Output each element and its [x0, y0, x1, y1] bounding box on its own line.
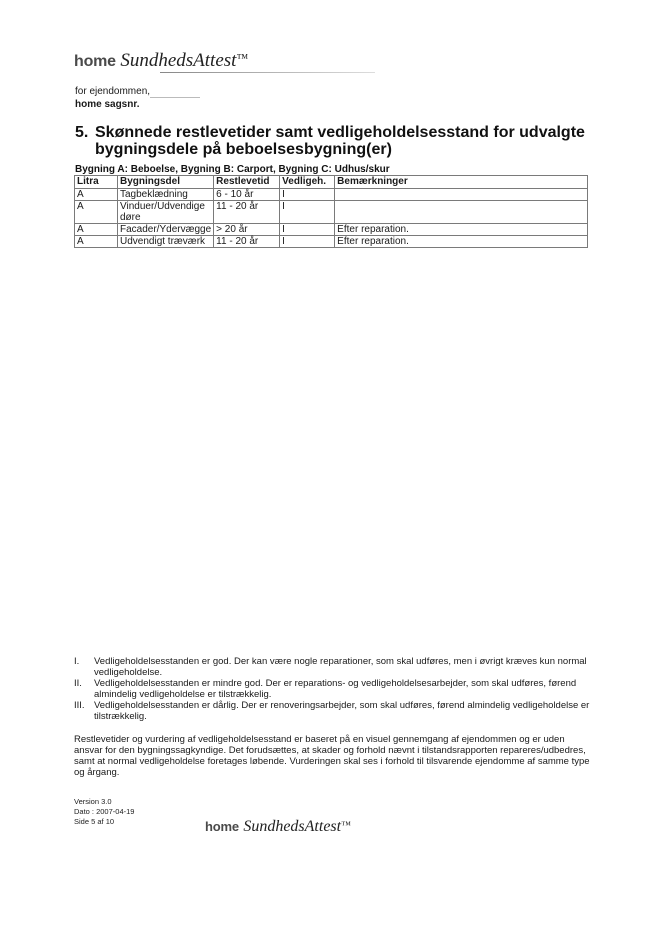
- legend-text: Vedligeholdelsesstanden er mindre god. D…: [94, 678, 594, 700]
- logo-trademark: ™: [341, 820, 351, 831]
- cell-restlevetid: 6 - 10 år: [214, 189, 280, 201]
- cell-litra: A: [75, 236, 118, 248]
- logo-brand-text: SundhedsAttest: [243, 818, 341, 835]
- buildings-subtitle: Bygning A: Beboelse, Bygning B: Carport,…: [75, 164, 390, 175]
- section-title-line2: bygningsdele på beboelsesbygning(er): [75, 141, 595, 158]
- cell-restlevetid: 11 - 20 år: [214, 201, 280, 224]
- table-row: A Udvendigt træværk 11 - 20 år I Efter r…: [75, 236, 588, 248]
- logo-trademark: ™: [236, 51, 248, 65]
- logo-home-text: home: [74, 53, 116, 70]
- cell-bygningsdel: Vinduer/Udvendige døre: [118, 201, 214, 224]
- cell-bygningsdel: Facader/Ydervægge: [118, 224, 214, 236]
- cell-bemaerkninger: [335, 189, 588, 201]
- cell-bygningsdel: Tagbeklædning: [118, 189, 214, 201]
- case-number-label: home sagsnr.: [75, 99, 139, 111]
- legend-text: Vedligeholdelsesstanden er god. Der kan …: [94, 656, 594, 678]
- legend-item-ii: II. Vedligeholdelsesstanden er mindre go…: [74, 678, 594, 700]
- column-header-restlevetid: Restlevetid: [214, 176, 280, 189]
- maintenance-legend: I. Vedligeholdelsesstanden er god. Der k…: [74, 656, 594, 722]
- section-number: 5.: [75, 124, 95, 141]
- cell-vedligeh: I: [280, 201, 335, 224]
- cell-restlevetid: 11 - 20 år: [214, 236, 280, 248]
- legend-item-i: I. Vedligeholdelsesstanden er god. Der k…: [74, 656, 594, 678]
- legend-numeral: III.: [74, 700, 94, 722]
- page-number-text: Side 5 af 10: [74, 817, 134, 827]
- footer-logo: home SundhedsAttest™: [205, 818, 351, 836]
- section-title-line1: Skønnede restlevetider samt vedligeholde…: [95, 124, 585, 141]
- table-row: A Vinduer/Udvendige døre 11 - 20 år I: [75, 201, 588, 224]
- column-header-bemaerkninger: Bemærkninger: [335, 176, 588, 189]
- cell-bemaerkninger: Efter reparation.: [335, 236, 588, 248]
- property-underline: [150, 97, 200, 98]
- table-row: A Facader/Ydervægge > 20 år I Efter repa…: [75, 224, 588, 236]
- property-label: for ejendommen,: [75, 86, 150, 98]
- cell-restlevetid: > 20 år: [214, 224, 280, 236]
- footer-meta: Version 3.0 Dato : 2007-04-19 Side 5 af …: [74, 797, 134, 827]
- cell-vedligeh: I: [280, 224, 335, 236]
- column-header-litra: Litra: [75, 176, 118, 189]
- legend-item-iii: III. Vedligeholdelsesstanden er dårlig. …: [74, 700, 594, 722]
- cell-vedligeh: I: [280, 189, 335, 201]
- document-page: home SundhedsAttest™ for ejendommen, hom…: [0, 0, 661, 933]
- version-text: Version 3.0: [74, 797, 134, 807]
- table-header-row: Litra Bygningsdel Restlevetid Vedligeh. …: [75, 176, 588, 189]
- building-parts-table: Litra Bygningsdel Restlevetid Vedligeh. …: [74, 175, 588, 248]
- date-text: Dato : 2007-04-19: [74, 807, 134, 817]
- legend-numeral: I.: [74, 656, 94, 678]
- header-logo: home SundhedsAttest™: [74, 50, 248, 72]
- cell-bemaerkninger: Efter reparation.: [335, 224, 588, 236]
- logo-home-text: home: [205, 819, 239, 834]
- logo-brand-text: SundhedsAttest: [120, 50, 236, 71]
- table-row: A Tagbeklædning 6 - 10 år I: [75, 189, 588, 201]
- cell-litra: A: [75, 224, 118, 236]
- cell-litra: A: [75, 201, 118, 224]
- cell-bygningsdel: Udvendigt træværk: [118, 236, 214, 248]
- legend-numeral: II.: [74, 678, 94, 700]
- column-header-bygningsdel: Bygningsdel: [118, 176, 214, 189]
- header-divider: [160, 72, 375, 73]
- cell-bemaerkninger: [335, 201, 588, 224]
- cell-litra: A: [75, 189, 118, 201]
- disclaimer-paragraph: Restlevetider og vurdering af vedligehol…: [74, 734, 594, 778]
- cell-vedligeh: I: [280, 236, 335, 248]
- column-header-vedligeh: Vedligeh.: [280, 176, 335, 189]
- legend-text: Vedligeholdelsesstanden er dårlig. Der e…: [94, 700, 594, 722]
- section-title: 5.Skønnede restlevetider samt vedligehol…: [75, 124, 595, 158]
